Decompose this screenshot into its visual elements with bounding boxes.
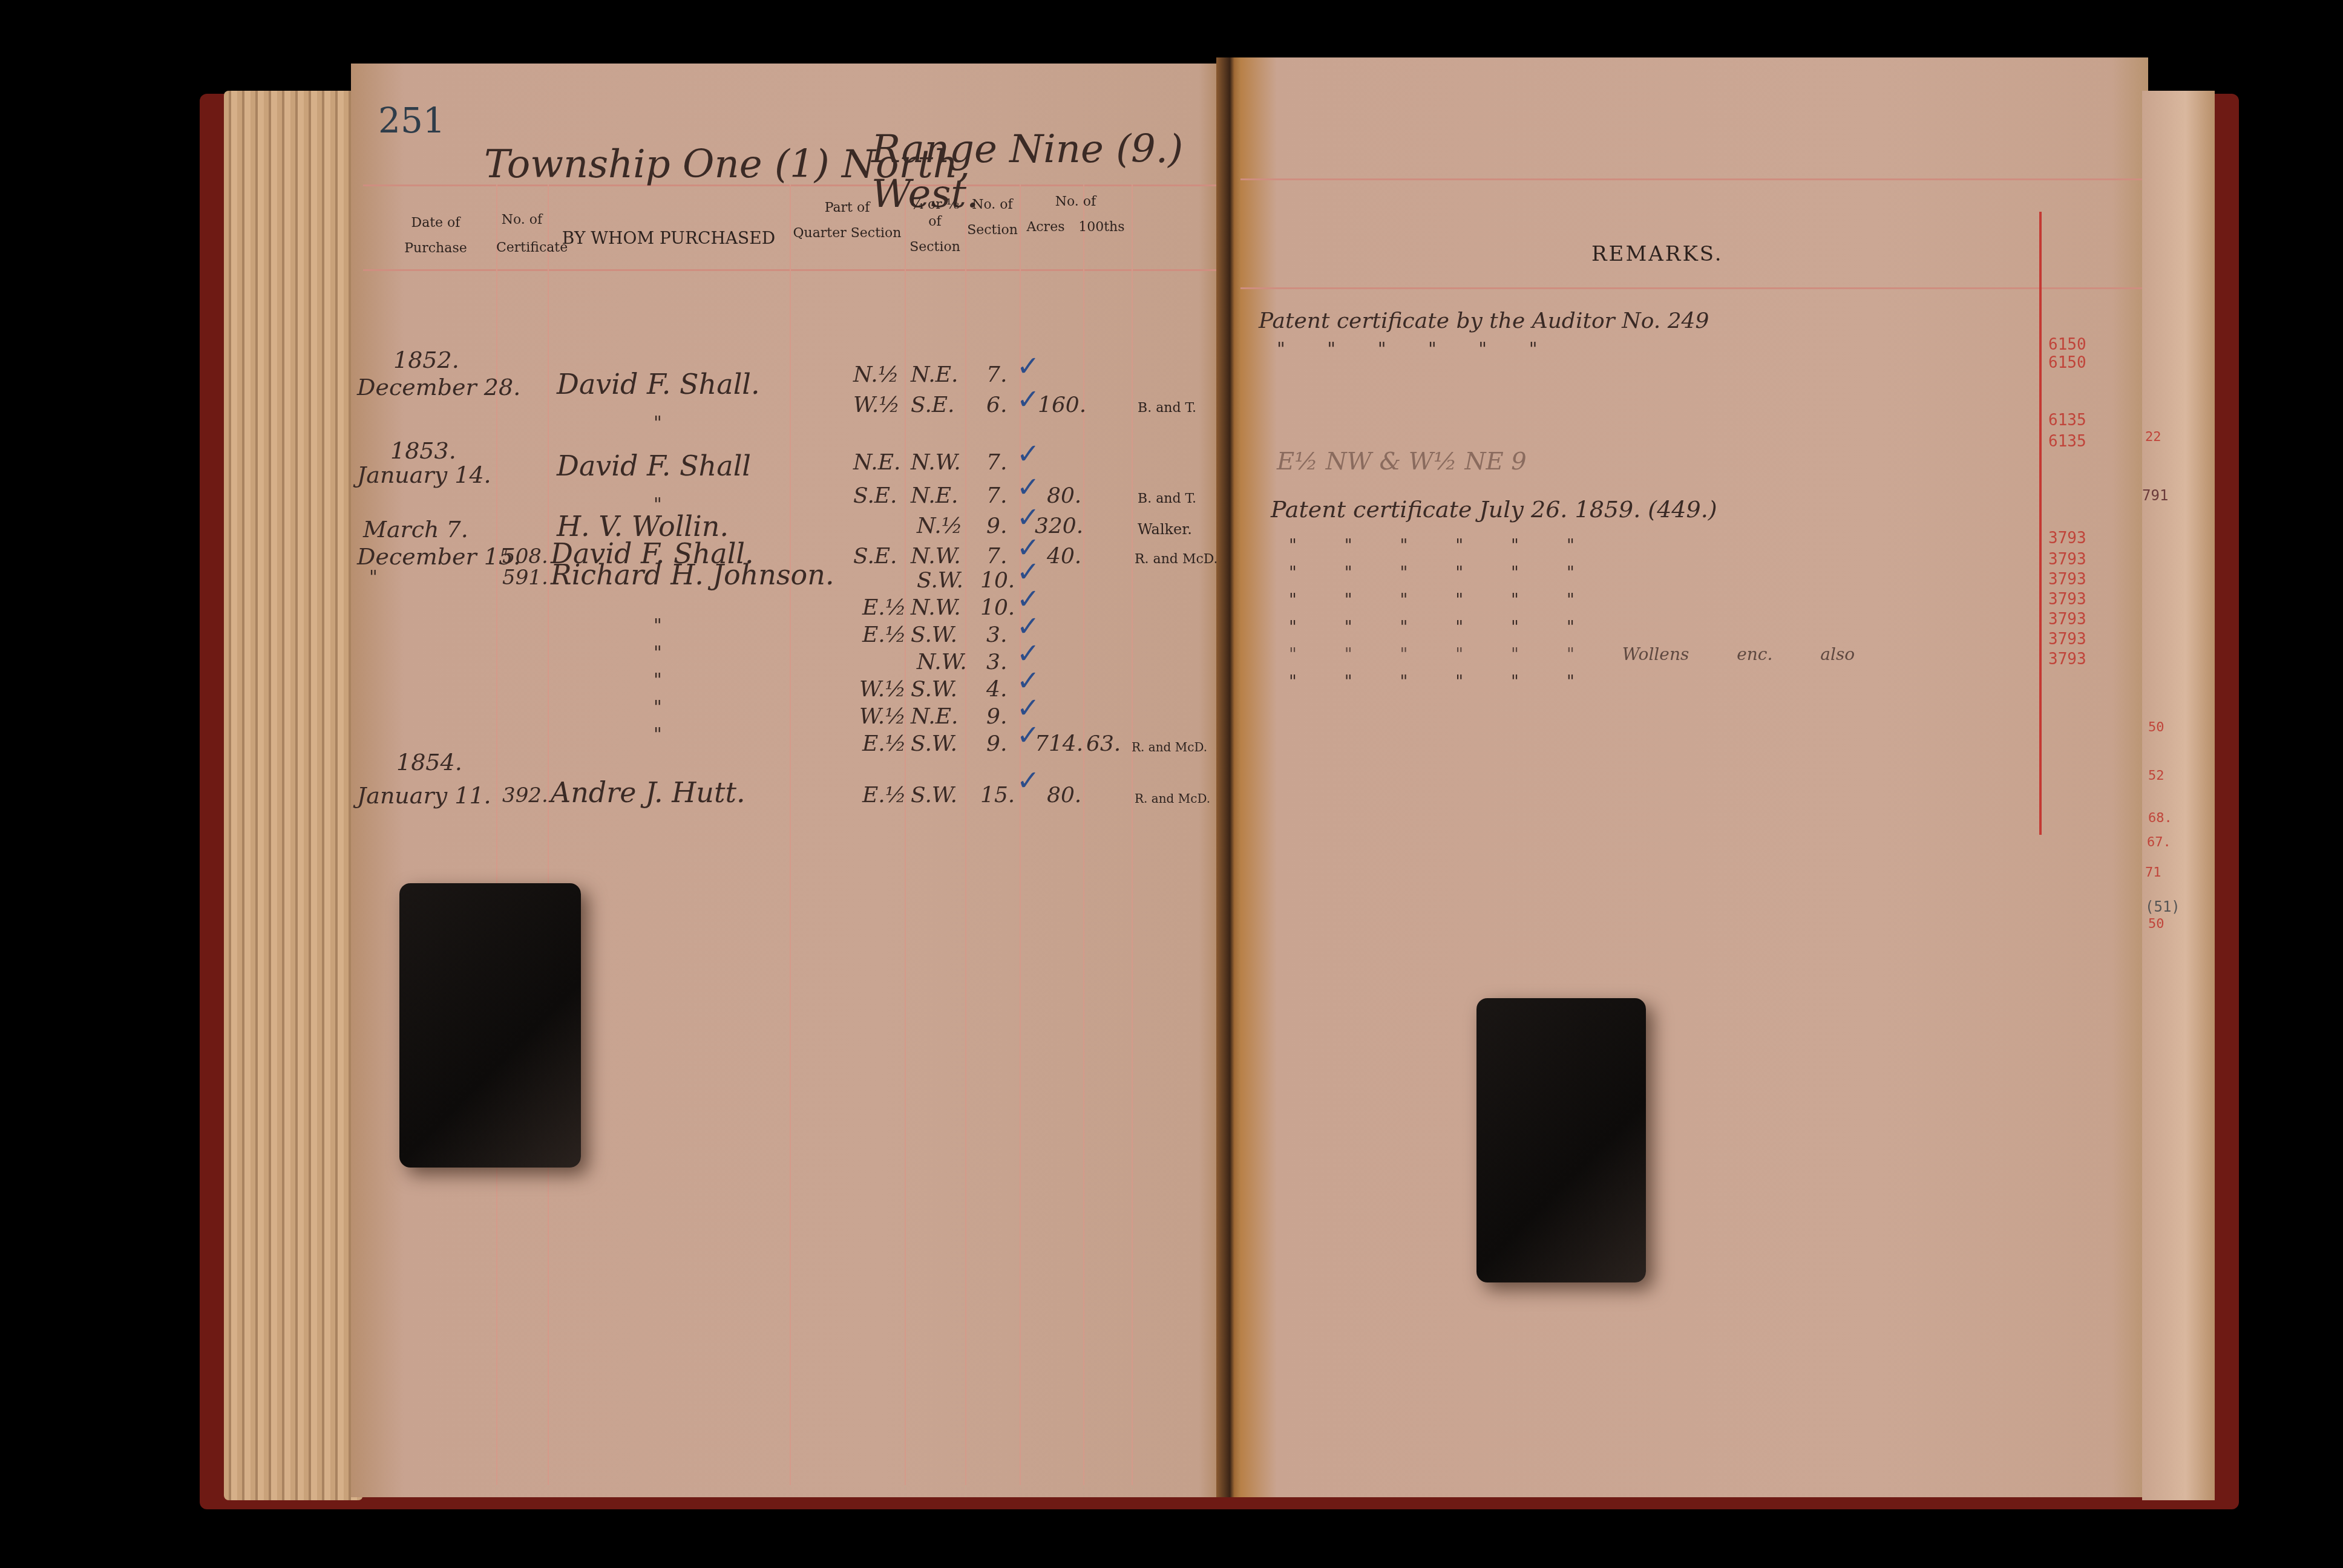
entry-acres: 80. bbox=[1047, 777, 1081, 814]
col-header-quarter: ¼ or ⅛ of Section bbox=[905, 197, 965, 256]
entry-part: N.E. bbox=[853, 445, 900, 481]
entry-name: David F. Shall. bbox=[557, 366, 760, 402]
remark-ditto: " " " " " " bbox=[1289, 563, 1575, 583]
entry-date: January 14. bbox=[357, 457, 491, 493]
entry-quarter: S.E. bbox=[911, 387, 955, 423]
margin-number: 3793 bbox=[2048, 590, 2086, 609]
header-rule-bottom bbox=[1240, 287, 2148, 289]
margin-number: 3793 bbox=[2048, 550, 2086, 569]
col-header-section: No. of Section bbox=[965, 197, 1020, 239]
verified-check: ✓ bbox=[1017, 348, 1040, 384]
entry-part: E.½ bbox=[862, 777, 906, 814]
entry-date: January 11. bbox=[357, 777, 491, 814]
margin-number: 6150 bbox=[2048, 354, 2086, 372]
left-page-edges bbox=[224, 91, 363, 1500]
book-weight-right bbox=[1476, 998, 1646, 1282]
entry-agent: B. and T. bbox=[1138, 390, 1196, 426]
entry-acres: 40. bbox=[1047, 538, 1081, 575]
col-header-name: BY WHOM PURCHASED bbox=[551, 230, 787, 247]
entry-name: " bbox=[654, 717, 662, 753]
entry-agent: R. and McD. bbox=[1135, 780, 1210, 817]
year-label: 1854. bbox=[396, 744, 462, 780]
edge-note: 68. bbox=[2148, 811, 2172, 826]
remark-line: Patent certificate July 26. 1859. (449.) bbox=[1271, 496, 1717, 523]
entry-quarter: S.W. bbox=[911, 726, 957, 762]
remark-line: Patent certificate by the Auditor No. 24… bbox=[1259, 309, 1709, 333]
margin-number: 3793 bbox=[2048, 650, 2086, 668]
entry-quarter: S.W. bbox=[911, 777, 957, 814]
left-page: 251 Township One (1) North, Range Nine (… bbox=[351, 64, 1234, 1497]
entry-cert: 392. bbox=[502, 777, 548, 814]
edge-note: 22 bbox=[2145, 430, 2161, 445]
remark-ditto: " " " " " " bbox=[1289, 617, 1575, 637]
entry-section: 6. bbox=[986, 387, 1007, 423]
margin-number: 3793 bbox=[2048, 529, 2086, 547]
remark-ditto: " " " " " " bbox=[1277, 339, 1537, 360]
page-number: 251 bbox=[378, 100, 445, 141]
col-header-part: Part of Quarter Section bbox=[790, 200, 905, 242]
entry-section: 9. bbox=[986, 726, 1007, 762]
entry-section: 7. bbox=[986, 445, 1007, 481]
entry-agent: R. and McD. bbox=[1132, 729, 1207, 765]
entry-date: December 15. bbox=[357, 538, 520, 575]
remark-pencil-note: E½ NW & W½ NE 9 bbox=[1277, 448, 1527, 475]
margin-number: 3793 bbox=[2048, 630, 2086, 648]
entry-part: E.½ bbox=[862, 617, 906, 653]
verified-check: ✓ bbox=[1017, 436, 1040, 472]
entry-name: " bbox=[654, 405, 662, 442]
edge-note: 791 bbox=[2142, 487, 2168, 504]
entry-date: December 28. bbox=[357, 369, 520, 405]
entry-hundredths: 63. bbox=[1086, 726, 1121, 762]
remark-ditto: " " " " " " bbox=[1289, 590, 1575, 610]
remark-ditto: " " " " " " bbox=[1289, 535, 1575, 555]
entry-name: Richard H. Johnson. bbox=[551, 557, 834, 593]
entry-cert: 591. bbox=[502, 560, 548, 596]
col-header-cert: No. of Certificate bbox=[496, 212, 548, 256]
verified-check: ✓ bbox=[1017, 381, 1040, 417]
entry-agent: R. and McD. bbox=[1135, 541, 1218, 578]
margin-number: 6150 bbox=[2048, 336, 2086, 354]
remarks-header: REMARKS. bbox=[1591, 242, 1723, 266]
edge-note: (51) bbox=[2145, 898, 2180, 915]
remark-ditto: " " " " " " Wollens enc. also bbox=[1289, 644, 1855, 664]
edge-note: 52 bbox=[2148, 768, 2164, 783]
edge-note: 50 bbox=[2148, 720, 2164, 735]
entry-date: " bbox=[369, 560, 378, 596]
remark-ditto: " " " " " " bbox=[1289, 671, 1575, 691]
margin-number: 3793 bbox=[2048, 610, 2086, 629]
edge-note: 50 bbox=[2148, 916, 2164, 932]
entry-part: W.½ bbox=[853, 387, 900, 423]
margin-number: 6135 bbox=[2048, 433, 2086, 451]
entry-acres: 714. bbox=[1035, 726, 1083, 762]
entry-quarter: N.W. bbox=[911, 445, 961, 481]
header-rule-top bbox=[1240, 178, 2148, 180]
entry-name: Andre J. Hutt. bbox=[551, 774, 745, 811]
entry-section: 15. bbox=[980, 777, 1015, 814]
entry-part: S.E. bbox=[853, 478, 897, 514]
entry-acres: 160. bbox=[1038, 387, 1086, 423]
ledger-body: 1852. December 28. David F. Shall. N.½ N… bbox=[351, 269, 1234, 814]
entry-part: E.½ bbox=[862, 726, 906, 762]
verified-check: ✓ bbox=[1017, 762, 1040, 799]
entry-name: David F. Shall bbox=[557, 448, 751, 484]
margin-number: 6135 bbox=[2048, 411, 2086, 430]
entry-part: S.E. bbox=[853, 538, 897, 575]
book-weight-left bbox=[399, 883, 581, 1168]
col-header-date: Date of Purchase bbox=[375, 215, 496, 257]
margin-number: 3793 bbox=[2048, 570, 2086, 589]
col-header-acres: No. of Acres 100ths bbox=[1020, 194, 1132, 236]
right-page-edges: 22 791 50 52 68. 67. 71 (51) 50 bbox=[2142, 91, 2215, 1500]
right-page: REMARKS. Patent certificate by the Audit… bbox=[1240, 57, 2148, 1497]
remarks-margin-rule bbox=[2039, 212, 2042, 835]
edge-note: 67. bbox=[2147, 835, 2171, 850]
edge-note: 71 bbox=[2145, 865, 2161, 880]
